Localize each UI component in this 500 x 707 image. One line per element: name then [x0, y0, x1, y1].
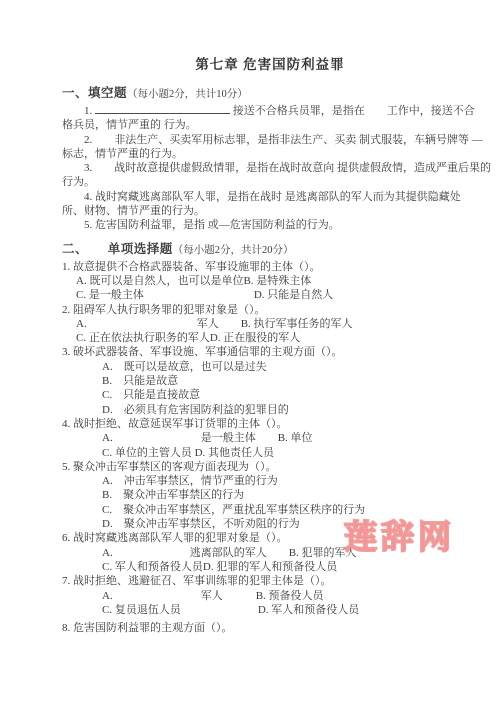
mc-question-7-options-cd: C. 复员退伍人员 D. 军人和预备役人员 — [62, 603, 478, 617]
site-watermark: 莲辞网 — [344, 518, 455, 556]
mc-question-2: 2. 阻碍军人执行职务罪的犯罪对象是（）。 — [62, 303, 478, 317]
section1-heading: 一、填空题（每小题2分，共计10分） — [62, 86, 478, 102]
fill-item-3-line-1: 3. 战时故意提供虚假敌情罪，是指在战时故意向 提供虚假敌情，造成严重后果的 — [62, 161, 478, 175]
mc-question-7-options-ab: A. 军人 B. 预备役人员 — [62, 589, 478, 603]
mc-question-7: 7. 战时拒绝、逃避征召、军事训练罪的犯罪主体是（）。 — [62, 574, 478, 588]
section2-title: 单项选择题 — [108, 242, 173, 256]
section2-label: 二、 — [62, 242, 108, 256]
mc-question-5-option-c: C. 聚众冲击军事禁区，严重扰乱军事禁区秩序的行为 — [62, 503, 478, 517]
fill-item-1-line-1: 1. 接送不合格兵员罪，是指在 工作中，接送不合 — [62, 104, 478, 118]
section1-label: 一、 — [62, 86, 88, 100]
fill-item-1-text: 接送不合格兵员罪，是指在 工作中，接送不合 — [230, 105, 475, 117]
mc-question-1-options-cd: C. 是一般主体 D. 只能是自然人 — [62, 288, 478, 302]
section1-title: 填空题 — [88, 86, 127, 100]
fill-item-2-line-1: 2. 非法生产、买卖军用标志罪，是指非法生产、买卖 制式服装，车辆号牌等 — — [62, 133, 478, 147]
mc-question-3-option-b: B. 只能是故意 — [62, 374, 478, 388]
section2-heading: 二、 单项选择题（每小题2分，共计20分） — [62, 242, 478, 258]
fill-item-2-line-2: 标志，情节严重的行为。 — [62, 147, 478, 161]
mc-question-5: 5. 聚众冲击军事禁区的客观方面表现为（）。 — [62, 460, 478, 474]
mc-question-1: 1. 故意提供不合格武器装备、军事设施罪的主体（）。 — [62, 260, 478, 274]
mc-question-3-option-c: C. 只能是直接故意 — [62, 388, 478, 402]
mc-question-8: 8. 危害国防利益罪的主观方面（）。 — [62, 621, 478, 635]
mc-question-5-option-a: A. 冲击军事禁区，情节严重的行为 — [62, 474, 478, 488]
fill-item-4-line-1: 4. 战时窝藏逃离部队军人罪，是指在战时 是逃离部队的军人而为其提供隐藏处 — [62, 190, 478, 204]
fill-item-4-line-2: 所、财物、情节严重的行为。 — [62, 204, 478, 218]
section1-score-note: （每小题2分，共计10分） — [127, 89, 248, 100]
fill-item-1-number: 1. — [84, 105, 95, 117]
mc-question-3: 3. 破坏武器装备、军事设施、军事通信罪的主观方面（）。 — [62, 345, 478, 359]
section2-score-note: （每小题2分，共计20分） — [173, 245, 294, 256]
mc-question-4-options-cd: C. 单位的主管人员 D. 其他责任人员 — [62, 446, 478, 460]
page-title: 第七章 危害国防利益罪 — [62, 55, 478, 75]
mc-question-4-options-ab: A. 是一般主体 B. 单位 — [62, 431, 478, 445]
mc-question-5-option-b: B. 聚众冲击军事禁区的行为 — [62, 488, 478, 502]
mc-question-3-option-d: D. 必须具有危害国防利益的犯罪目的 — [62, 403, 478, 417]
document-page: 第七章 危害国防利益罪 一、填空题（每小题2分，共计10分） 1. 接送不合格兵… — [0, 0, 500, 707]
mc-question-2-options-cd: C. 正在依法执行职务的军人D. 正在服役的军人 — [62, 331, 478, 345]
fill-item-1-line-2: 格兵员，情节严重的 行为。 — [62, 118, 478, 132]
fill-item-3-line-2: 行为。 — [62, 175, 478, 189]
mc-question-2-options-ab: A. 军人 B. 执行军事任务的军人 — [62, 317, 478, 331]
fill-item-5-line-1: 5. 危害国防利益罪，是指 或—危害国防利益的行为。 — [62, 218, 478, 232]
mc-question-4: 4. 战时拒绝、故意延误军事订货罪的主体（）。 — [62, 417, 478, 431]
mc-question-6-options-cd: C. 军人和预备役人员D. 犯罪的军人和预备役人员 — [62, 560, 478, 574]
mc-question-1-options-ab: A. 既可以是自然人，也可以是单位B. 是特殊主体 — [62, 274, 478, 288]
answer-blank-line — [95, 104, 230, 114]
mc-question-3-option-a: A. 既可以是故意，也可以是过失 — [62, 360, 478, 374]
